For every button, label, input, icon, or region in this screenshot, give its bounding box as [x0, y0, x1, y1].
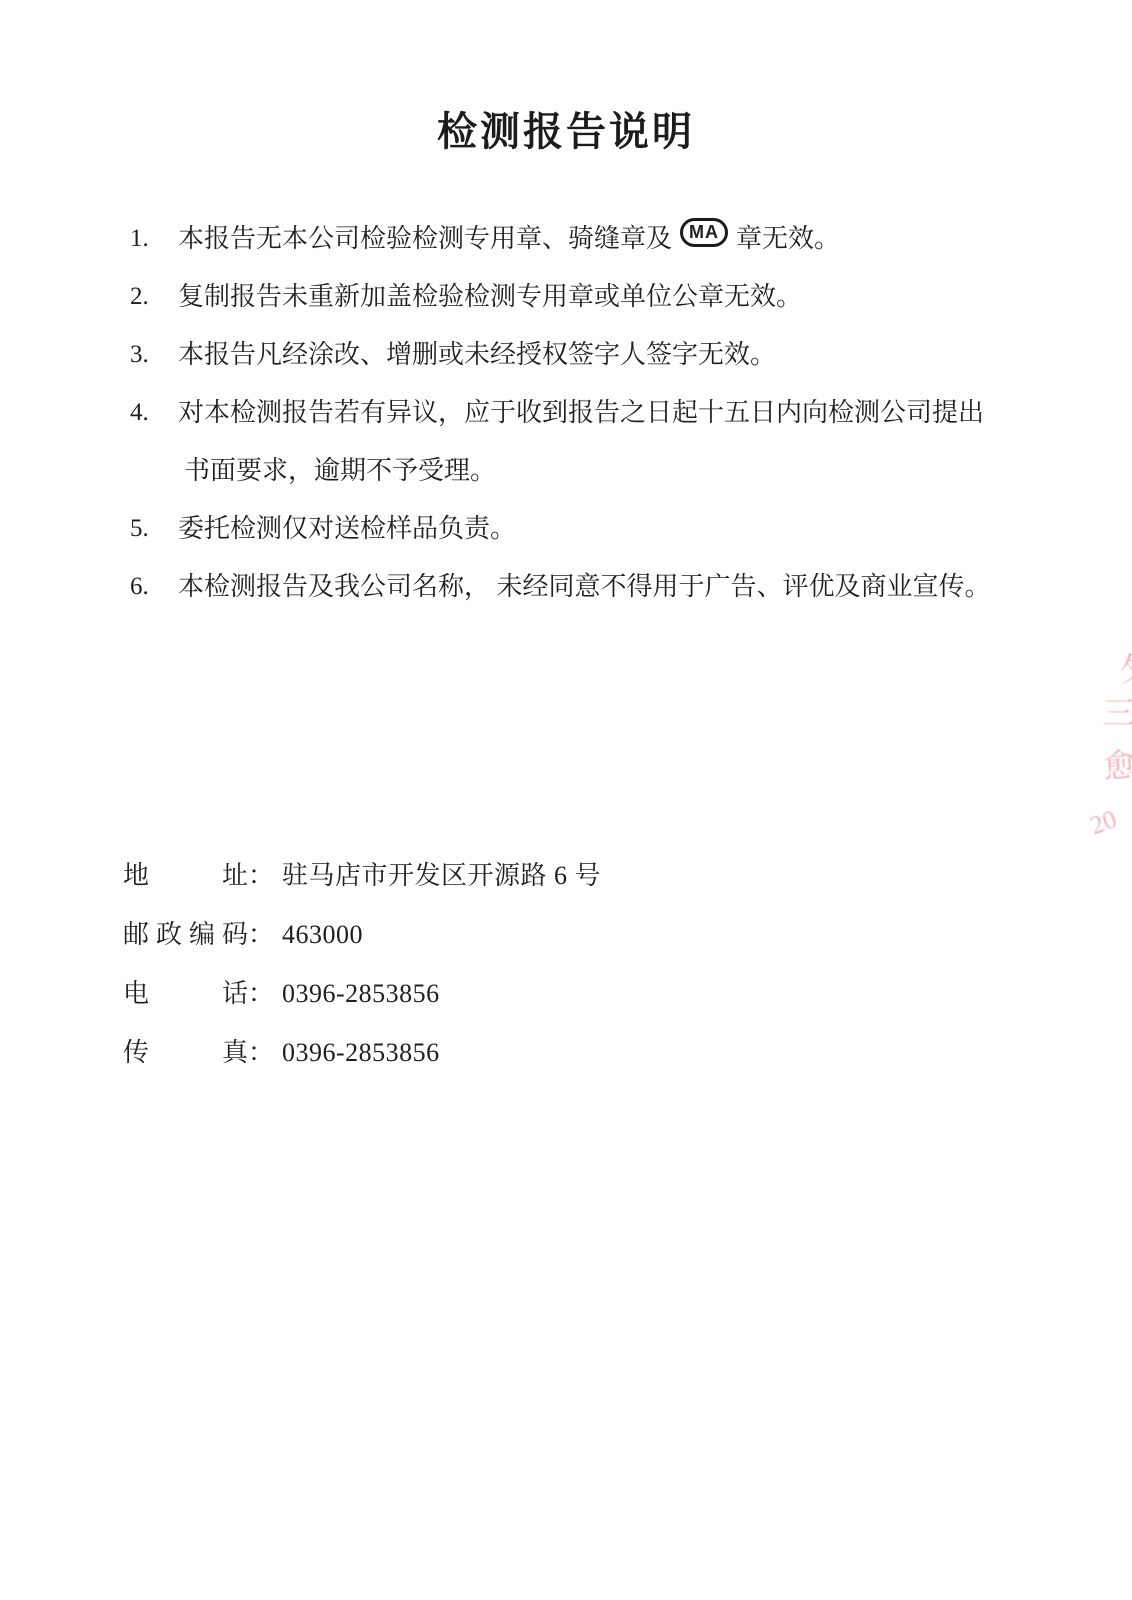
contact-value-fax: 0396-2853856	[282, 1023, 440, 1082]
contact-block: 地址：驻马店市开发区开源路 6 号 邮政编码：463000 电话：0396-28…	[123, 846, 601, 1082]
note-text-line-2: 书面要求，逾期不予受理。	[178, 442, 984, 500]
notes-list: 1. 本报告无本公司检验检测专用章、骑缝章及MA章无效。 2. 复制报告未重新加…	[130, 210, 1077, 616]
page-title: 检测报告说明	[0, 106, 1132, 158]
contact-value-address: 驻马店市开发区开源路 6 号	[282, 846, 601, 905]
note-item-3: 3. 本报告凡经涂改、增删或未经授权签字人签字无效。	[130, 326, 1077, 384]
contact-colon: ：	[248, 905, 274, 964]
contact-label: 地址	[123, 846, 248, 905]
note-text: 复制报告未重新加盖检验检测专用章或单位公章无效。	[178, 268, 802, 326]
contact-colon: ：	[248, 846, 274, 905]
note-item-6: 6. 本检测报告及我公司名称， 未经同意不得用于广告、评优及商业宣传。	[130, 558, 1077, 616]
contact-row-postcode: 邮政编码：463000	[123, 905, 601, 964]
stamp-glyph: 20	[1085, 783, 1132, 844]
note-text-before-mark: 本报告无本公司检验检测专用章、骑缝章及	[178, 224, 672, 253]
note-number: 2.	[130, 268, 178, 326]
note-text: 对本检测报告若有异议，应于收到报告之日起十五日内向检测公司提出 书面要求，逾期不…	[178, 384, 984, 500]
report-notes-page: 检测报告说明 1. 本报告无本公司检验检测专用章、骑缝章及MA章无效。 2. 复…	[0, 0, 1132, 1600]
red-stamp-fragment: 攵 三 愈 20	[1076, 639, 1132, 836]
note-item-5: 5. 委托检测仅对送检样品负责。	[130, 500, 1077, 558]
note-number: 3.	[130, 326, 178, 384]
contact-label: 电话	[123, 964, 248, 1023]
note-number: 1.	[130, 210, 178, 268]
note-item-4: 4. 对本检测报告若有异议，应于收到报告之日起十五日内向检测公司提出 书面要求，…	[130, 384, 1077, 500]
stamp-glyph: 愈	[1102, 745, 1132, 786]
note-item-1: 1. 本报告无本公司检验检测专用章、骑缝章及MA章无效。	[130, 210, 1077, 268]
note-number: 5.	[130, 500, 178, 558]
note-text: 委托检测仅对送检样品负责。	[178, 500, 516, 558]
contact-row-phone: 电话：0396-2853856	[123, 964, 601, 1023]
contact-colon: ：	[248, 964, 274, 1023]
note-text-after-mark: 章无效。	[736, 224, 840, 253]
contact-value-postcode: 463000	[282, 905, 363, 964]
note-text: 本报告无本公司检验检测专用章、骑缝章及MA章无效。	[178, 210, 840, 268]
stamp-glyph: 攵	[1117, 643, 1132, 690]
note-number: 6.	[130, 558, 178, 616]
note-text: 本报告凡经涂改、增删或未经授权签字人签字无效。	[178, 326, 776, 384]
contact-colon: ：	[248, 1023, 274, 1082]
contact-label: 邮政编码	[123, 905, 248, 964]
contact-row-address: 地址：驻马店市开发区开源路 6 号	[123, 846, 601, 905]
contact-label: 传真	[123, 1023, 248, 1082]
note-item-2: 2. 复制报告未重新加盖检验检测专用章或单位公章无效。	[130, 268, 1077, 326]
note-number: 4.	[130, 384, 178, 442]
contact-row-fax: 传真：0396-2853856	[123, 1023, 601, 1082]
stamp-glyph: 三	[1102, 696, 1132, 732]
contact-value-phone: 0396-2853856	[282, 964, 440, 1023]
cma-mark-icon: MA	[680, 218, 728, 247]
note-text-line-1: 对本检测报告若有异议，应于收到报告之日起十五日内向检测公司提出	[178, 384, 984, 442]
note-text: 本检测报告及我公司名称， 未经同意不得用于广告、评优及商业宣传。	[178, 558, 991, 616]
